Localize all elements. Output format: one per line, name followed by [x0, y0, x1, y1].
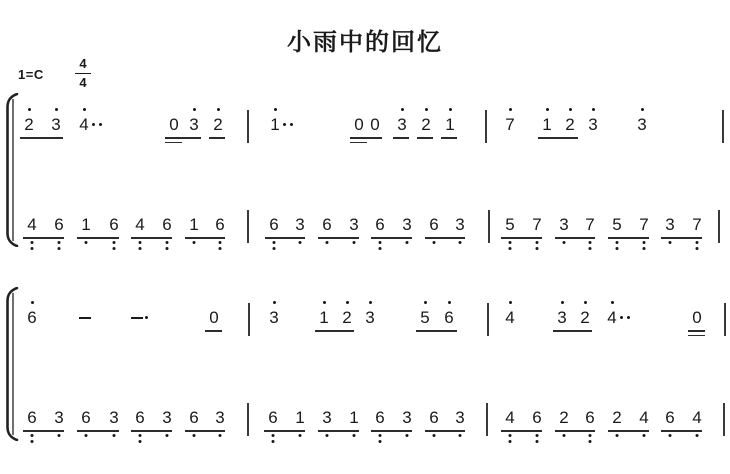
beam-underline	[264, 430, 305, 432]
octave-dot-above	[83, 108, 86, 111]
note: 3	[557, 215, 571, 234]
octave-dot	[643, 241, 646, 244]
octave-dot-above	[55, 108, 58, 111]
octave-dot	[139, 434, 142, 437]
note: 3	[320, 408, 334, 427]
note-digit: 3	[363, 308, 377, 327]
octave-dot	[696, 434, 699, 437]
octave-dot-above	[611, 301, 614, 304]
note-digit: 3	[586, 115, 600, 134]
note-digit: 3	[160, 408, 174, 427]
barline	[722, 110, 724, 143]
augmentation-dots	[620, 316, 630, 319]
beam-underline	[661, 430, 702, 432]
octave-dot	[273, 241, 276, 244]
beam-underline	[265, 237, 305, 239]
octave-dots-below	[299, 241, 302, 244]
octave-dots-below	[669, 241, 672, 244]
note-digit: 1	[187, 215, 201, 234]
note-digit: 6	[266, 408, 280, 427]
augmentation-dot	[290, 123, 293, 126]
note: 3	[49, 115, 63, 134]
note-digit: 3	[347, 215, 361, 234]
octave-dot	[406, 434, 409, 437]
beam-underline	[425, 237, 465, 239]
note: 6	[583, 408, 597, 427]
note: 7	[637, 215, 651, 234]
beam-underline	[688, 330, 705, 332]
octave-dots-below	[669, 434, 672, 437]
note: 4	[503, 408, 517, 427]
barline	[247, 110, 249, 143]
beam-underline	[555, 237, 595, 239]
octave-dot	[193, 241, 196, 244]
augmentation-dot	[92, 123, 95, 126]
note-digit: 3	[453, 408, 467, 427]
barline	[247, 403, 249, 436]
octave-dots-below	[536, 434, 539, 443]
augmentation-dot	[99, 123, 102, 126]
octave-dot-above	[641, 108, 644, 111]
note: 1	[540, 115, 554, 134]
beam-underline	[185, 237, 225, 239]
note-digit: 6	[583, 408, 597, 427]
octave-dot	[669, 241, 672, 244]
note: 2	[563, 115, 577, 134]
barline	[247, 210, 249, 243]
octave-dot	[563, 241, 566, 244]
note-digit: 6	[427, 215, 441, 234]
octave-dots-below	[563, 434, 566, 437]
beam-underline	[165, 142, 182, 144]
note: 1	[293, 408, 307, 427]
note-digit: 6	[213, 215, 227, 234]
octave-dot	[326, 434, 329, 437]
octave-dots-below	[58, 241, 61, 250]
note-digit: 6	[107, 215, 121, 234]
beam-underline	[77, 430, 119, 432]
octave-dots-below	[193, 434, 196, 437]
octave-dot-above	[425, 108, 428, 111]
note-digit: 3	[320, 408, 334, 427]
note-digit: 6	[25, 308, 39, 327]
octave-dot	[58, 247, 61, 250]
note-digit: 3	[49, 115, 63, 134]
octave-dot	[433, 241, 436, 244]
note: 4	[637, 408, 651, 427]
note: 6	[427, 408, 441, 427]
octave-dots-below	[31, 434, 34, 443]
note-digit: 4	[25, 215, 39, 234]
note-digit: 1	[443, 115, 457, 134]
note-digit: 1	[317, 308, 331, 327]
octave-dot-above	[193, 108, 196, 111]
note: 3	[293, 215, 307, 234]
beam-underline	[185, 430, 225, 432]
note: 0	[207, 308, 221, 327]
octave-dot	[58, 241, 61, 244]
note-digit: 7	[503, 115, 517, 134]
octave-dots-below	[589, 434, 592, 443]
note-digit: 3	[293, 215, 307, 234]
octave-dots-below	[113, 434, 116, 437]
note-digit: 3	[267, 308, 281, 327]
octave-dot	[85, 241, 88, 244]
note: 2	[578, 308, 592, 327]
octave-dot	[299, 434, 302, 437]
octave-dot	[31, 440, 34, 443]
beam-underline	[441, 137, 457, 139]
note: 1	[443, 115, 457, 134]
note-digit: 6	[52, 215, 66, 234]
octave-dots-below	[272, 434, 275, 443]
note-digit: 2	[610, 408, 624, 427]
time-signature: 4 4	[74, 56, 92, 91]
barline	[248, 303, 250, 336]
note-digit: 1	[540, 115, 554, 134]
note-digit: 6	[442, 308, 456, 327]
note-digit: 3	[557, 215, 571, 234]
note-digit: 0	[690, 308, 704, 327]
note-digit: 6	[267, 215, 281, 234]
note: 1	[79, 215, 93, 234]
octave-dot	[326, 241, 329, 244]
octave-dot-above	[273, 301, 276, 304]
beam-underline	[318, 430, 359, 432]
octave-dot	[589, 434, 592, 437]
octave-dot-above	[448, 301, 451, 304]
octave-dots-below	[696, 241, 699, 250]
note: 5	[418, 308, 432, 327]
octave-dot	[406, 241, 409, 244]
beam-underline	[209, 137, 225, 139]
note-digit: 2	[419, 115, 433, 134]
octave-dot	[272, 440, 275, 443]
barline	[718, 210, 720, 243]
note-digit: 4	[690, 408, 704, 427]
note: 4	[77, 115, 91, 134]
note: 6	[427, 215, 441, 234]
beam-underline	[315, 330, 354, 332]
octave-dot-above	[323, 301, 326, 304]
note: 6	[373, 215, 387, 234]
octave-dots-below	[536, 241, 539, 250]
octave-dot	[696, 241, 699, 244]
octave-dot	[563, 434, 566, 437]
beam-underline	[553, 330, 592, 332]
note: 3	[187, 115, 201, 134]
beam-underline	[661, 237, 702, 239]
note: 2	[340, 308, 354, 327]
octave-dots-below	[139, 241, 142, 250]
beam-underline	[416, 330, 457, 332]
note: 3	[453, 215, 467, 234]
octave-dots-below	[85, 241, 88, 244]
octave-dot-above	[274, 108, 277, 111]
note-digit: 4	[637, 408, 651, 427]
octave-dots-below	[58, 434, 61, 437]
octave-dots-below	[406, 434, 409, 437]
note-digit: 3	[555, 308, 569, 327]
octave-dot	[299, 241, 302, 244]
octave-dots-below	[459, 241, 462, 244]
octave-dot	[113, 241, 116, 244]
beam-underline	[688, 335, 705, 337]
note: 7	[690, 215, 704, 234]
note-digit: 0	[352, 115, 366, 134]
note	[130, 308, 144, 327]
time-signature-numerator: 4	[74, 56, 92, 72]
note-digit: 2	[211, 115, 225, 134]
note: 3	[160, 408, 174, 427]
octave-dot	[616, 241, 619, 244]
octave-dot	[139, 241, 142, 244]
octave-dot-above	[592, 108, 595, 111]
octave-dot-above	[31, 301, 34, 304]
note-digit: 3	[395, 115, 409, 134]
octave-dots-below	[696, 434, 699, 437]
note-digit: 6	[187, 408, 201, 427]
note-digit: 7	[530, 215, 544, 234]
note: 4	[605, 308, 619, 327]
dash-duration-mark	[79, 317, 91, 319]
beam-underline	[77, 237, 119, 239]
note-digit: 6	[25, 408, 39, 427]
note: 1	[187, 215, 201, 234]
augmentation-dot	[283, 123, 286, 126]
note: 7	[503, 115, 517, 134]
octave-dot	[379, 440, 382, 443]
note: 3	[52, 408, 66, 427]
octave-dots-below	[219, 241, 222, 250]
octave-dot	[379, 241, 382, 244]
octave-dots-below	[379, 241, 382, 250]
octave-dot-above	[28, 108, 31, 111]
beam-underline	[165, 137, 201, 139]
octave-dot-above	[509, 108, 512, 111]
octave-dots-below	[616, 434, 619, 437]
note: 4	[25, 215, 39, 234]
note: 4	[133, 215, 147, 234]
octave-dots-below	[166, 434, 169, 437]
octave-dot	[166, 434, 169, 437]
octave-dot	[85, 434, 88, 437]
note: 3	[635, 115, 649, 134]
note-digit: 4	[503, 308, 517, 327]
note: 1	[317, 308, 331, 327]
note: 1	[268, 115, 282, 134]
octave-dots-below	[406, 241, 409, 244]
song-title: 小雨中的回忆	[0, 22, 730, 57]
beam-underline	[350, 142, 367, 144]
barline	[487, 303, 489, 336]
octave-dot	[536, 434, 539, 437]
note: 6	[133, 408, 147, 427]
note-digit: 1	[347, 408, 361, 427]
note-digit: 1	[268, 115, 282, 134]
note-digit: 4	[77, 115, 91, 134]
note: 4	[503, 308, 517, 327]
note-digit: 3	[107, 408, 121, 427]
note: 6	[213, 215, 227, 234]
beam-underline	[393, 137, 409, 139]
note: 2	[22, 115, 36, 134]
note: 0	[352, 115, 366, 134]
note-digit: 2	[563, 115, 577, 134]
octave-dot-above	[217, 108, 220, 111]
note: 0	[690, 308, 704, 327]
note-digit: 3	[400, 408, 414, 427]
note: 6	[79, 408, 93, 427]
barline	[723, 403, 725, 436]
note-digit: 2	[340, 308, 354, 327]
note: 2	[610, 408, 624, 427]
octave-dots-below	[433, 434, 436, 437]
note-digit: 7	[690, 215, 704, 234]
note: 6	[442, 308, 456, 327]
octave-dot-above	[546, 108, 549, 111]
octave-dot	[193, 434, 196, 437]
beam-underline	[20, 137, 63, 139]
note-digit: 3	[187, 115, 201, 134]
octave-dot	[589, 241, 592, 244]
note: 6	[373, 408, 387, 427]
octave-dot-above	[424, 301, 427, 304]
octave-dots-below	[326, 434, 329, 437]
note: 6	[266, 408, 280, 427]
octave-dot-above	[509, 301, 512, 304]
octave-dots-below	[113, 241, 116, 250]
note: 3	[267, 308, 281, 327]
note-digit: 4	[133, 215, 147, 234]
note: 6	[107, 215, 121, 234]
octave-dots-below	[379, 434, 382, 443]
octave-dot	[353, 241, 356, 244]
note: 6	[267, 215, 281, 234]
octave-dots-below	[353, 434, 356, 437]
octave-dots-below	[166, 241, 169, 250]
note-digit: 5	[610, 215, 624, 234]
note: 6	[160, 215, 174, 234]
octave-dot	[459, 241, 462, 244]
octave-dots-below	[589, 241, 592, 250]
note: 7	[583, 215, 597, 234]
note: 3	[395, 115, 409, 134]
octave-dot	[509, 247, 512, 250]
octave-dot	[58, 434, 61, 437]
octave-dot	[536, 247, 539, 250]
note-digit: 3	[663, 215, 677, 234]
note	[78, 308, 92, 327]
octave-dots-below	[85, 434, 88, 437]
note-digit: 0	[207, 308, 221, 327]
octave-dot	[31, 434, 34, 437]
augmentation-dot	[620, 316, 623, 319]
octave-dot-above	[584, 301, 587, 304]
note: 0	[167, 115, 181, 134]
octave-dots-below	[433, 241, 436, 244]
beam-underline	[131, 430, 172, 432]
octave-dots-below	[643, 434, 646, 437]
octave-dot	[113, 247, 116, 250]
barline	[486, 403, 488, 436]
octave-dot-above	[346, 301, 349, 304]
note: 0	[368, 115, 382, 134]
beam-underline	[371, 430, 412, 432]
note: 3	[400, 215, 414, 234]
time-signature-denominator: 4	[74, 75, 92, 91]
time-signature-divider	[75, 73, 91, 74]
octave-dot	[113, 434, 116, 437]
octave-dots-below	[326, 241, 329, 244]
note: 6	[52, 215, 66, 234]
note: 3	[213, 408, 227, 427]
octave-dot	[139, 247, 142, 250]
octave-dots-below	[299, 434, 302, 437]
note: 2	[419, 115, 433, 134]
octave-dot	[166, 247, 169, 250]
octave-dots-below	[459, 434, 462, 437]
note: 6	[25, 408, 39, 427]
note-digit: 4	[503, 408, 517, 427]
octave-dots-below	[139, 434, 142, 443]
octave-dots-below	[219, 434, 222, 437]
note: 3	[453, 408, 467, 427]
octave-dot-above	[401, 108, 404, 111]
barline	[485, 110, 487, 143]
octave-dots-below	[509, 434, 512, 443]
note-digit: 6	[530, 408, 544, 427]
octave-dot	[219, 434, 222, 437]
note: 3	[363, 308, 377, 327]
beam-underline	[23, 237, 64, 239]
octave-dot	[272, 434, 275, 437]
octave-dot	[643, 247, 646, 250]
octave-dots-below	[509, 241, 512, 250]
octave-dots-below	[643, 241, 646, 250]
note: 3	[347, 215, 361, 234]
note: 7	[530, 215, 544, 234]
beam-underline	[608, 430, 649, 432]
octave-dot	[509, 241, 512, 244]
system-bracket-icon	[3, 287, 19, 441]
octave-dots-below	[616, 241, 619, 250]
system-bracket-icon	[3, 93, 19, 247]
note-digit: 0	[368, 115, 382, 134]
octave-dot	[273, 247, 276, 250]
note: 2	[211, 115, 225, 134]
note-digit: 3	[400, 215, 414, 234]
beam-underline	[350, 137, 382, 139]
note: 6	[530, 408, 544, 427]
note-digit: 6	[427, 408, 441, 427]
octave-dots-below	[31, 241, 34, 250]
beam-underline	[205, 330, 222, 332]
note: 3	[663, 215, 677, 234]
octave-dots-below	[193, 241, 196, 244]
note-digit: 0	[167, 115, 181, 134]
note: 5	[610, 215, 624, 234]
octave-dot	[219, 247, 222, 250]
octave-dot	[353, 434, 356, 437]
octave-dot	[509, 440, 512, 443]
octave-dot	[459, 434, 462, 437]
octave-dot-above	[449, 108, 452, 111]
note: 6	[320, 215, 334, 234]
note-digit: 1	[79, 215, 93, 234]
note-digit: 3	[52, 408, 66, 427]
note: 2	[557, 408, 571, 427]
